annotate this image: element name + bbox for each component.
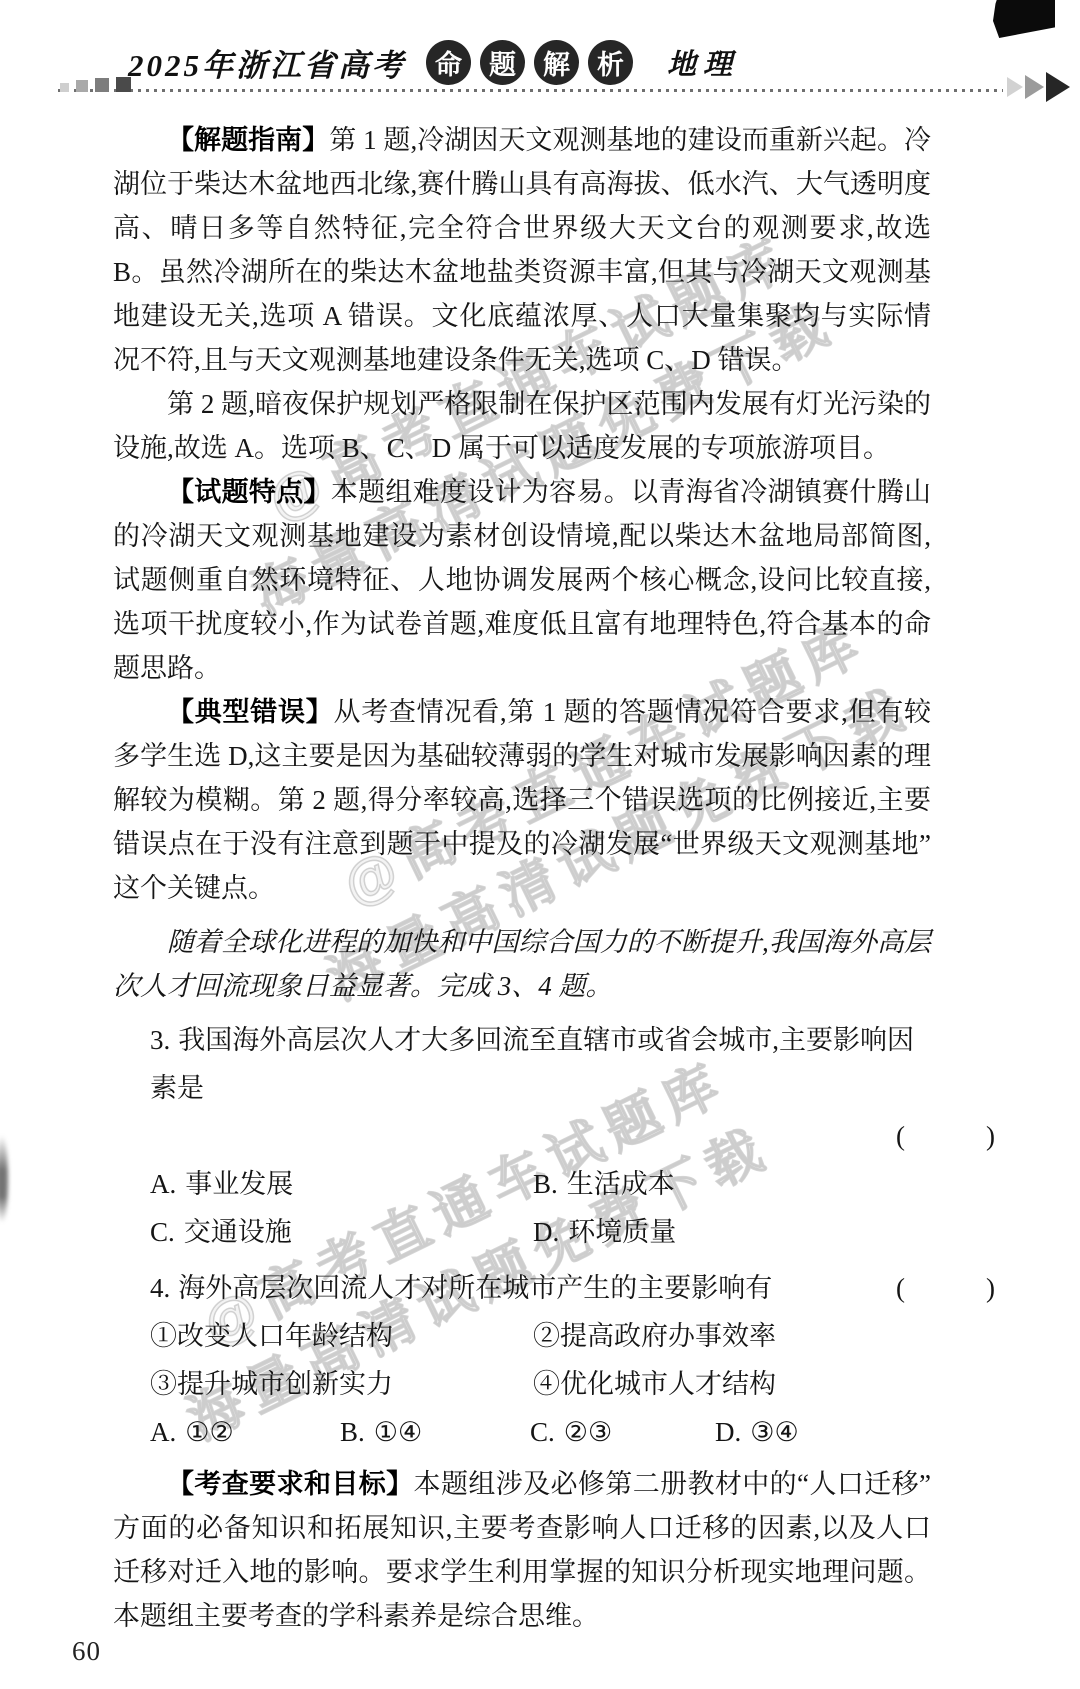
header-title: 2025年浙江省高考 <box>128 40 406 85</box>
question-4: 4.海外高层次回流人才对所在城市产生的主要影响有 ( ) ①改变人口年龄结构 ②… <box>113 1264 931 1456</box>
question-features-text: 本题组难度设计为容易。以青海省冷湖镇赛什腾山的冷湖天文观测基地建设为素材创设情境… <box>113 477 931 683</box>
question-3-number: 3. <box>150 1025 170 1055</box>
paragraph-question-features: 【试题特点】本题组难度设计为容易。以青海省冷湖镇赛什腾山的冷湖天文观测基地建设为… <box>113 470 931 690</box>
question-3-text: 我国海外高层次人才大多回流至直辖市或省会城市,主要影响因素是 <box>150 1025 914 1103</box>
question-3-answer-bracket-line: ( ) <box>113 1112 995 1160</box>
badge-circle-icon: 命 <box>426 40 471 85</box>
badge-circle-icon: 解 <box>534 40 579 85</box>
paragraph-exam-target: 【考查要求和目标】本题组涉及必修第二册教材中的“人口迁移”方面的必备知识和拓展知… <box>113 1462 931 1638</box>
header-squares-decoration <box>60 74 131 92</box>
scanned-page: 2025年浙江省高考 命 题 解 析 地理 @高考直通车试题库 海量高清试题免费… <box>0 0 1080 1689</box>
section-label-exam-target: 【考查要求和目标】 <box>167 1469 414 1499</box>
solution-guide-text: 第 1 题,冷湖因天文观测基地的建设而重新兴起。冷湖位于柴达木盆地西北缘,赛什腾… <box>113 125 931 375</box>
question-4-number: 4. <box>150 1273 170 1303</box>
header-dotted-line <box>58 89 1003 92</box>
question-4-answers: A.①② B.①④ C.②③ D.③④ <box>113 1408 931 1456</box>
section-label-typical-errors: 【典型错误】 <box>167 697 333 727</box>
item-2: ②提高政府办事效率 <box>533 1312 931 1360</box>
item-3: ③提升城市创新实力 <box>150 1360 533 1408</box>
paragraph-stimulus: 随着全球化进程的加快和中国综合国力的不断提升,我国海外高层次人才回流现象日益显著… <box>113 920 931 1008</box>
item-4: ④优化城市人才结构 <box>533 1360 931 1408</box>
question-3-options: A.事业发展 B.生活成本 C.交通设施 D.环境质量 <box>113 1160 931 1256</box>
section-label-question-features: 【试题特点】 <box>167 477 331 507</box>
header-arrows-icon <box>1007 72 1070 102</box>
option-d: D.环境质量 <box>533 1208 931 1256</box>
arrow-right-icon <box>1007 77 1023 97</box>
option-a: A.事业发展 <box>150 1160 533 1208</box>
answer-bracket: ( ) <box>896 1264 995 1312</box>
square-icon <box>60 83 69 92</box>
badge-circle-icon: 析 <box>588 40 633 85</box>
header-badges: 命 题 解 析 <box>426 40 633 85</box>
answer-b: B.①④ <box>340 1408 530 1456</box>
question-3: 3.我国海外高层次人才大多回流至直辖市或省会城市,主要影响因素是 ( ) A.事… <box>113 1016 931 1256</box>
page-content: 【解题指南】第 1 题,冷湖因天文观测基地的建设而重新兴起。冷湖位于柴达木盆地西… <box>113 118 931 1638</box>
question-4-text-wrap: 4.海外高层次回流人才对所在城市产生的主要影响有 <box>150 1264 772 1312</box>
section-label-solution-guide: 【解题指南】 <box>167 125 329 155</box>
item-1: ①改变人口年龄结构 <box>150 1312 533 1360</box>
question-3-text-line: 3.我国海外高层次人才大多回流至直辖市或省会城市,主要影响因素是 <box>113 1016 931 1112</box>
scan-artifact-edge <box>0 1135 8 1223</box>
answer-bracket: ( ) <box>896 1121 995 1151</box>
option-b: B.生活成本 <box>533 1160 931 1208</box>
typical-errors-text: 从考查情况看,第 1 题的答题情况符合要求,但有较多学生选 D,这主要是因为基础… <box>113 697 931 903</box>
paragraph-typical-errors: 【典型错误】从考查情况看,第 1 题的答题情况符合要求,但有较多学生选 D,这主… <box>113 690 931 910</box>
page-header: 2025年浙江省高考 命 题 解 析 地理 <box>0 0 1080 120</box>
arrow-right-icon <box>1025 75 1044 99</box>
page-number: 60 <box>72 1636 101 1667</box>
question-4-text-line: 4.海外高层次回流人才对所在城市产生的主要影响有 ( ) <box>113 1264 931 1312</box>
square-icon <box>76 80 88 92</box>
badge-circle-icon: 题 <box>480 40 525 85</box>
solution-guide-text-2: 第 2 题,暗夜保护规划严格限制在保护区范围内发展有灯光污染的设施,故选 A。选… <box>113 389 931 463</box>
arrow-right-icon <box>1046 72 1070 102</box>
answer-c: C.②③ <box>530 1408 715 1456</box>
paragraph-solution-guide-2: 第 2 题,暗夜保护规划严格限制在保护区范围内发展有灯光污染的设施,故选 A。选… <box>113 382 931 470</box>
header-subject: 地理 <box>667 42 739 83</box>
paragraph-solution-guide: 【解题指南】第 1 题,冷湖因天文观测基地的建设而重新兴起。冷湖位于柴达木盆地西… <box>113 118 931 382</box>
question-4-text: 海外高层次回流人才对所在城市产生的主要影响有 <box>178 1273 772 1303</box>
square-icon <box>95 78 109 92</box>
option-c: C.交通设施 <box>150 1208 533 1256</box>
question-4-items: ①改变人口年龄结构 ②提高政府办事效率 ③提升城市创新实力 ④优化城市人才结构 <box>113 1312 931 1408</box>
answer-a: A.①② <box>150 1408 340 1456</box>
answer-d: D.③④ <box>715 1408 931 1456</box>
